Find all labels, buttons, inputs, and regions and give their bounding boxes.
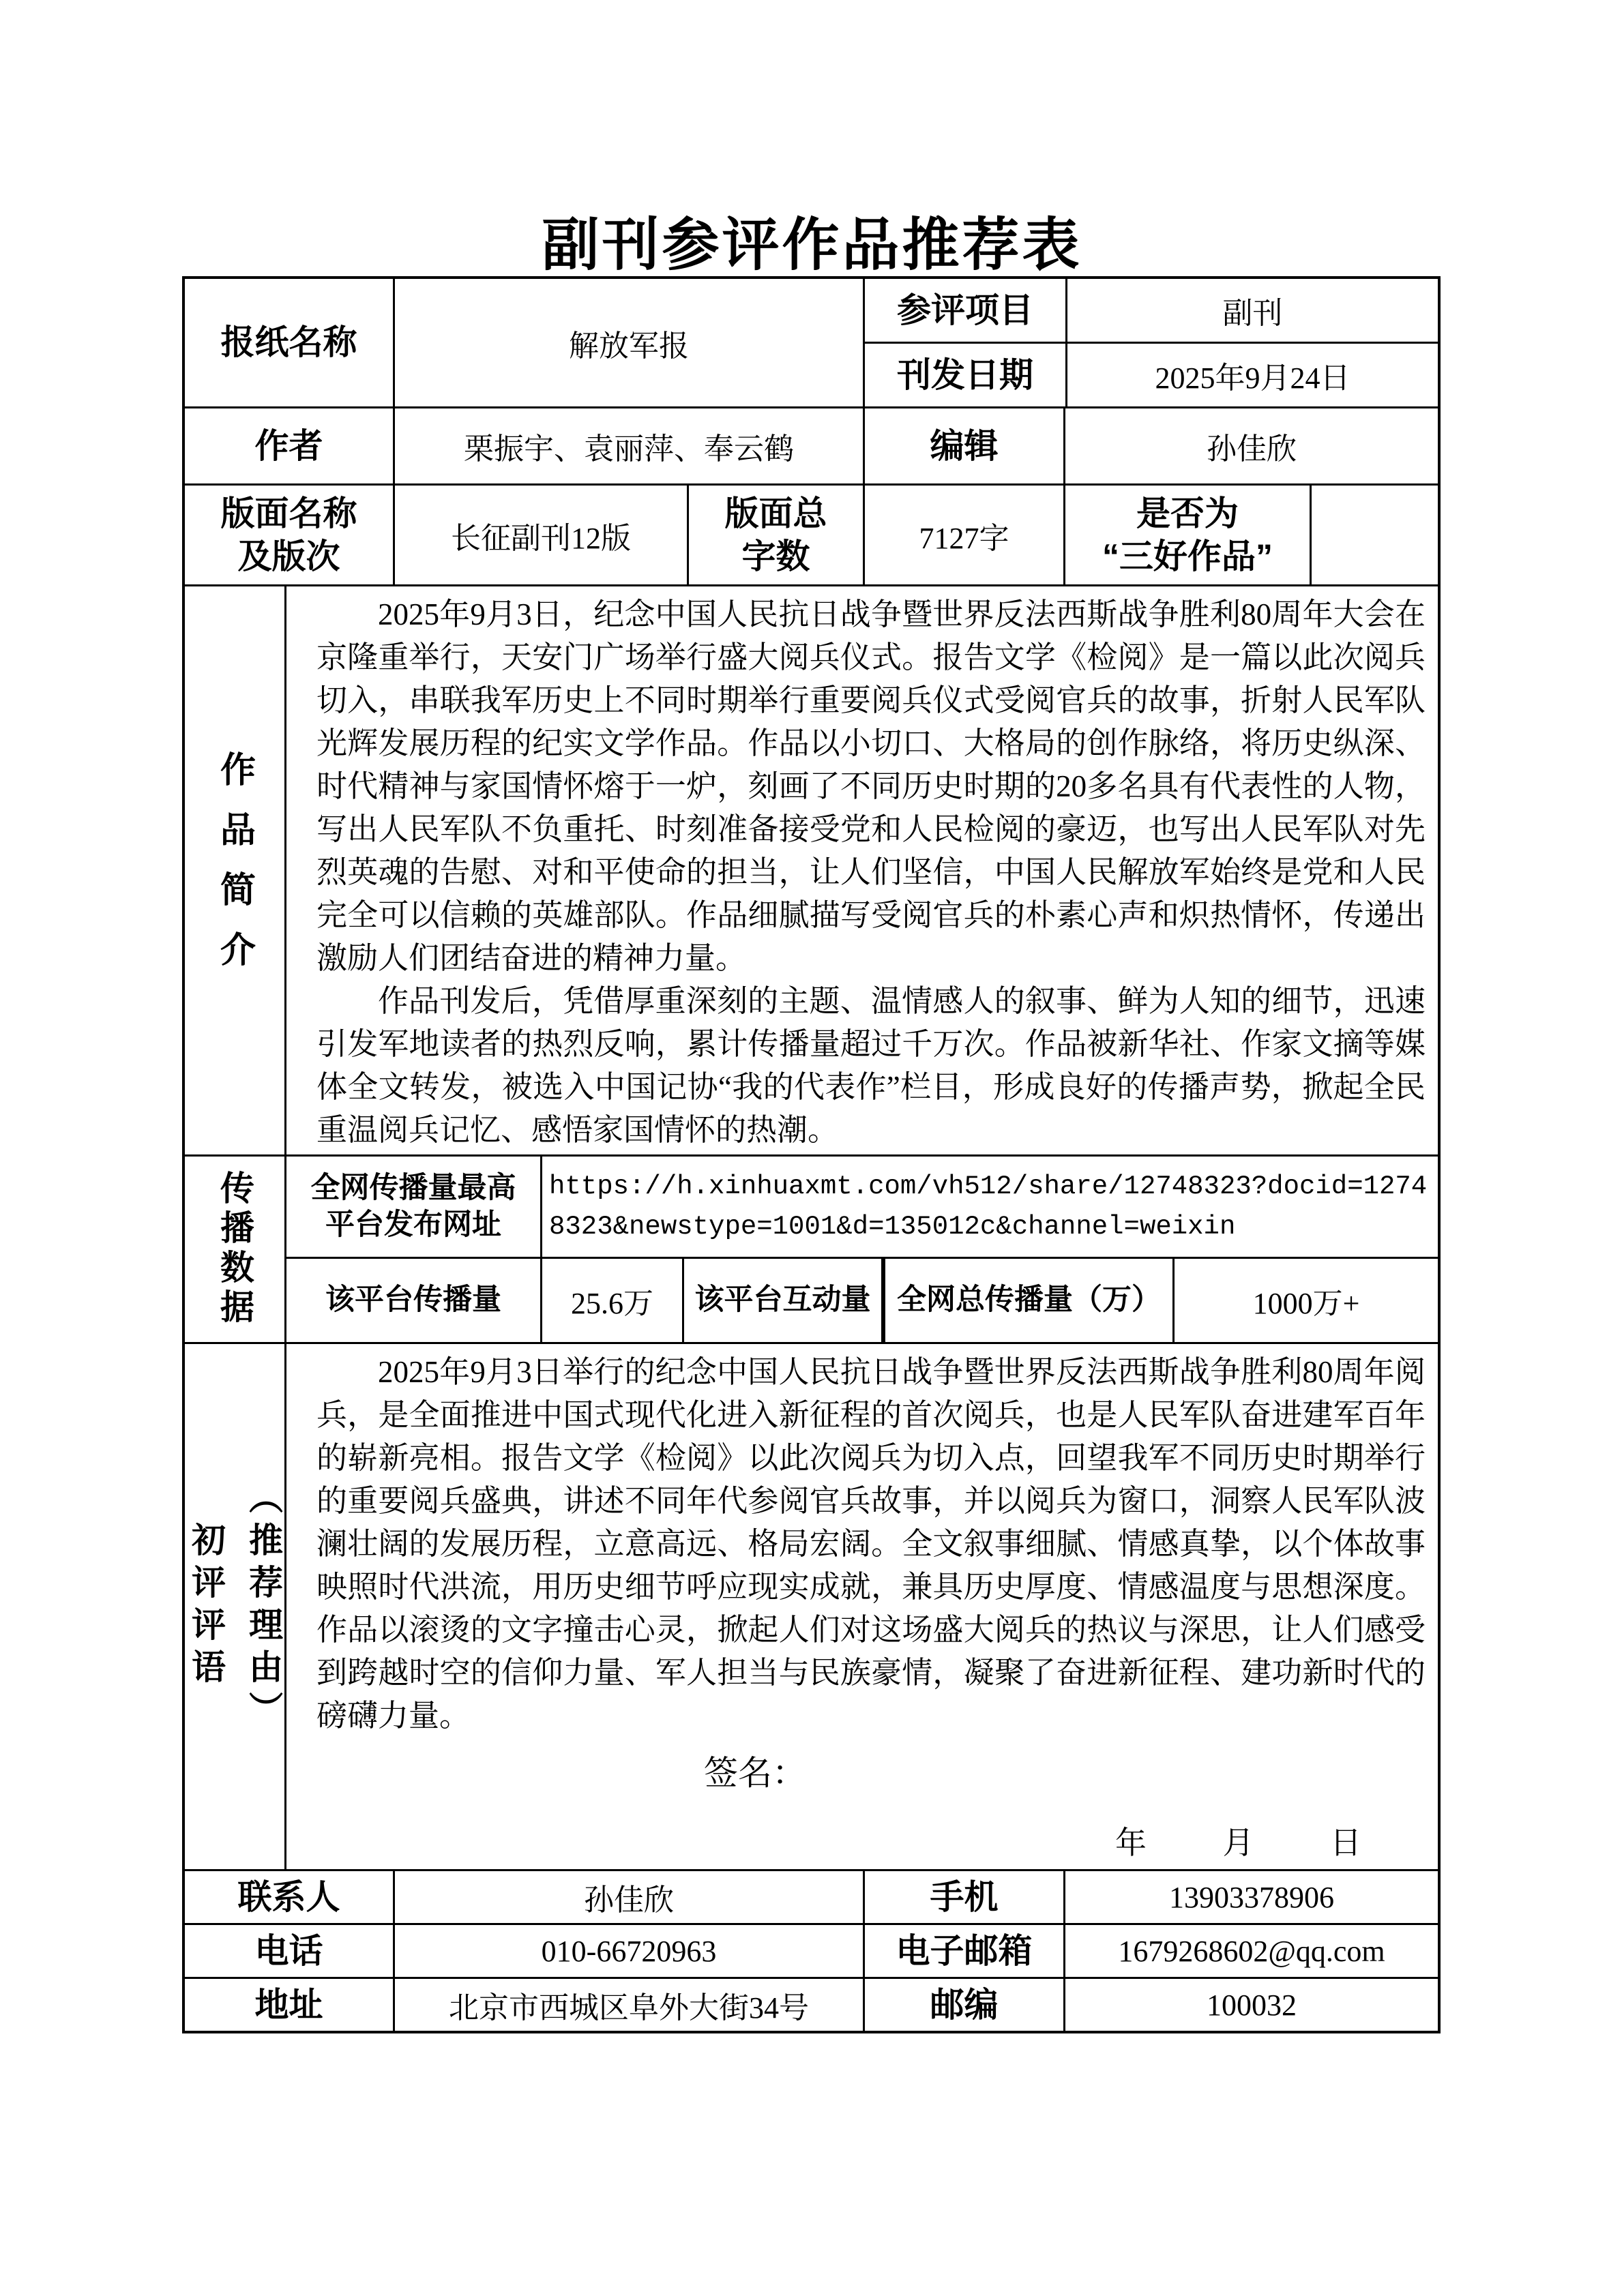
zip-value: 100032: [1063, 1979, 1438, 2031]
total-spread-label: 全网总传播量（万）: [883, 1259, 1172, 1342]
email-value: 1679268602@qq.com: [1063, 1925, 1438, 1977]
page-title: 副刊参评作品推荐表: [0, 199, 1624, 282]
author-label: 作者: [185, 408, 393, 483]
entry-item-value: 副刊: [1065, 279, 1438, 342]
publish-date-value: 2025年9月24日: [1065, 344, 1438, 406]
row-work-intro: 作品简介 2025年9月3日，纪念中国人民抗日战争暨世界反法西斯战争胜利80周年…: [185, 584, 1438, 1154]
document-page: 副刊参评作品推荐表 报纸名称 解放军报 参评项目 副刊 刊发日期 2025年9月…: [0, 0, 1624, 2296]
date-blank-line: 年 月 日: [1115, 1821, 1361, 1864]
evaluation-paragraph: 2025年9月3日举行的纪念中国人民抗日战争暨世界反法西斯战争胜利80周年阅兵，…: [316, 1351, 1426, 1738]
address-value: 北京市西城区阜外大街34号: [393, 1979, 863, 2031]
entry-date-stack: 参评项目 副刊 刊发日期 2025年9月24日: [863, 279, 1438, 406]
evaluation-vertical-sublabel: （推荐理由）: [239, 1480, 284, 1733]
spread-url-subrow: 全网传播量最高 平台发布网址 https://h.xinhuaxmt.com/v…: [286, 1157, 1438, 1257]
mobile-label: 手机: [863, 1871, 1063, 1923]
platform-interact-label: 该平台互动量: [682, 1259, 881, 1342]
signature-label: 签名：: [704, 1752, 806, 1795]
address-label: 地址: [185, 1979, 393, 2031]
publish-date-label: 刊发日期: [865, 344, 1065, 406]
entry-item-subrow: 参评项目 副刊: [865, 279, 1438, 342]
spread-data-vertical-label: 传播数据: [210, 1170, 259, 1328]
editor-label: 编辑: [863, 408, 1063, 483]
sanhao-label: 是否为 “三好作品”: [1063, 486, 1310, 584]
row-author-editor: 作者 栗振宇、袁丽萍、奉云鹤 编辑 孙佳欣: [185, 406, 1438, 483]
platform-spread-value: 25.6万: [540, 1259, 682, 1342]
contact-person-value: 孙佳欣: [393, 1871, 863, 1923]
evaluation-label-wrap: 初评评语 （推荐理由）: [185, 1480, 284, 1733]
editor-value: 孙佳欣: [1063, 408, 1438, 483]
platform-spread-label: 该平台传播量: [286, 1259, 540, 1342]
paper-name-label: 报纸名称: [185, 279, 393, 406]
row-phone-email: 电话 010-66720963 电子邮箱 1679268602@qq.com: [185, 1923, 1438, 1977]
wordcount-label: 版面总 字数: [687, 486, 863, 584]
evaluation-label-cell: 初评评语 （推荐理由）: [185, 1344, 284, 1869]
page-name-value: 长征副刊12版: [393, 486, 687, 584]
mobile-value: 13903378906: [1063, 1871, 1438, 1923]
row-evaluation: 初评评语 （推荐理由） 2025年9月3日举行的纪念中国人民抗日战争暨世界反法西…: [185, 1342, 1438, 1869]
row-contact-person: 联系人 孙佳欣 手机 13903378906: [185, 1869, 1438, 1923]
evaluation-vertical-label: 初评评语: [185, 1522, 231, 1691]
author-value: 栗振宇、袁丽萍、奉云鹤: [393, 408, 863, 483]
spread-url-value: https://h.xinhuaxmt.com/vh512/share/1274…: [542, 1167, 1438, 1247]
spread-url-label: 全网传播量最高 平台发布网址: [286, 1157, 540, 1257]
spread-url-cell: https://h.xinhuaxmt.com/vh512/share/1274…: [540, 1157, 1438, 1257]
entry-item-label: 参评项目: [865, 279, 1065, 342]
work-intro-vertical-label: 作品简介: [209, 751, 261, 991]
page-name-label: 版面名称 及版次: [185, 486, 393, 584]
phone-value: 010-66720963: [393, 1925, 863, 1977]
row-address-zip: 地址 北京市西城区阜外大街34号 邮编 100032: [185, 1977, 1438, 2031]
paper-name-value: 解放军报: [393, 279, 863, 406]
row-spread-data: 传播数据 全网传播量最高 平台发布网址 https://h.xinhuaxmt.…: [185, 1154, 1438, 1342]
spread-stats-subrow: 该平台传播量 25.6万 该平台互动量 全网总传播量（万） 1000万+: [286, 1257, 1438, 1342]
publish-date-subrow: 刊发日期 2025年9月24日: [865, 342, 1438, 406]
sanhao-value: [1310, 486, 1438, 584]
row-paper-name: 报纸名称 解放军报 参评项目 副刊 刊发日期 2025年9月24日: [185, 279, 1438, 406]
row-page-info: 版面名称 及版次 长征副刊12版 版面总 字数 7127字 是否为 “三好作品”: [185, 483, 1438, 584]
wordcount-value: 7127字: [863, 486, 1063, 584]
total-spread-value: 1000万+: [1172, 1259, 1438, 1342]
work-intro-label-cell: 作品简介: [185, 586, 284, 1154]
work-intro-paragraph-1: 2025年9月3日，纪念中国人民抗日战争暨世界反法西斯战争胜利80周年大会在京隆…: [316, 593, 1426, 980]
email-label: 电子邮箱: [863, 1925, 1063, 1977]
work-intro-paragraph-2: 作品刊发后，凭借厚重深刻的主题、温情感人的叙事、鲜为人知的细节，迅速引发军地读者…: [316, 980, 1426, 1152]
spread-data-label-cell: 传播数据: [185, 1157, 284, 1342]
recommendation-form-table: 报纸名称 解放军报 参评项目 副刊 刊发日期 2025年9月24日 作者 栗振宇…: [182, 276, 1441, 2033]
spread-data-stack: 全网传播量最高 平台发布网址 https://h.xinhuaxmt.com/v…: [284, 1157, 1438, 1342]
evaluation-content: 2025年9月3日举行的纪念中国人民抗日战争暨世界反法西斯战争胜利80周年阅兵，…: [284, 1344, 1438, 1869]
zip-label: 邮编: [863, 1979, 1063, 2031]
contact-person-label: 联系人: [185, 1871, 393, 1923]
work-intro-content: 2025年9月3日，纪念中国人民抗日战争暨世界反法西斯战争胜利80周年大会在京隆…: [284, 586, 1438, 1154]
phone-label: 电话: [185, 1925, 393, 1977]
